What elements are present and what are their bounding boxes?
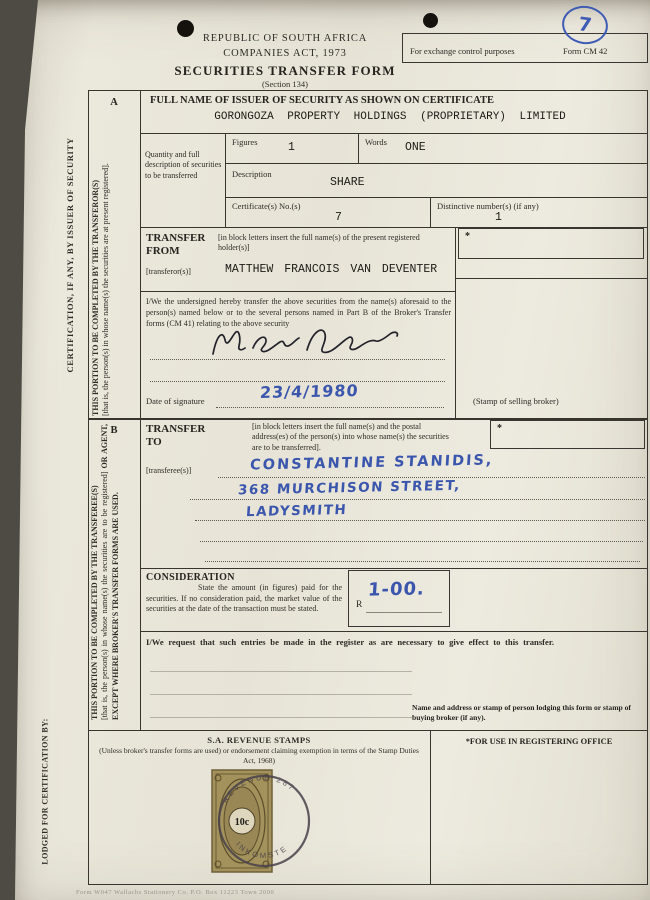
- entry-line: [150, 671, 412, 672]
- description-value: SHARE: [330, 176, 365, 189]
- side-note-bold: THIS PORTION TO BE COMPLETED BY THE TRAN…: [90, 424, 100, 720]
- form-section-ref: (Section 134): [130, 79, 440, 89]
- entry-line: [200, 541, 643, 542]
- border-line: [140, 133, 648, 134]
- broker-reference-box-b: [490, 420, 645, 449]
- side-note-bracket: [that is, the person(s) in whose name(s)…: [100, 472, 109, 720]
- border-line: [88, 884, 648, 885]
- border-line: [358, 133, 359, 163]
- border-line: [455, 278, 648, 279]
- amount-line: [366, 612, 442, 613]
- transferee-address-line2: LADYSMITH: [245, 502, 347, 520]
- certificate-value: 7: [335, 211, 342, 224]
- transfer-to-title: TRANSFER TO: [146, 423, 216, 449]
- stamp-denomination: 10c: [235, 817, 250, 828]
- border-line: [140, 631, 648, 632]
- margin-certification-note: CERTIFICATION, IF ANY, BY ISSUER OF SECU…: [65, 90, 77, 420]
- exchange-control-note: For exchange control purposes: [410, 46, 515, 56]
- date-of-signature-label: Date of signature: [146, 396, 205, 406]
- form-code: Form CM 42: [563, 46, 607, 56]
- transfer-from-instruction: [in block letters insert the full name(s…: [218, 233, 446, 254]
- broker-reference-box-a: [458, 228, 644, 259]
- border-line: [225, 197, 648, 198]
- punch-hole-right: [423, 13, 438, 28]
- currency-label: R: [356, 600, 362, 610]
- header-country: REPUBLIC OF SOUTH AFRICA: [130, 33, 440, 44]
- section-a-letter: A: [88, 97, 140, 108]
- issuer-value: GORONGOZA PROPERTY HOLDINGS (PROPRIETARY…: [150, 111, 630, 123]
- signature-line: [150, 359, 445, 360]
- amount-value: 1-00.: [367, 578, 425, 600]
- transferor-value: MATTHEW FRANCOIS VAN DEVENTER: [225, 263, 437, 276]
- certificate-label: Certificate(s) No.(s): [232, 201, 300, 211]
- border-line: [430, 730, 431, 884]
- revenue-stamps-title: S.A. REVENUE STAMPS: [98, 735, 420, 745]
- border-line: [88, 90, 648, 91]
- transferor-label: [transferor(s)]: [146, 267, 191, 276]
- distinctive-label: Distinctive number(s) (if any): [437, 201, 539, 211]
- asterisk-mark: *: [497, 423, 502, 434]
- selling-broker-stamp-note: (Stamp of selling broker): [473, 396, 559, 406]
- border-line: [455, 227, 456, 418]
- figures-label: Figures: [232, 137, 258, 147]
- distinctive-value: 1: [495, 211, 502, 224]
- border-line: [140, 291, 455, 292]
- section-a-side-note: THIS PORTION TO BE COMPLETED BY THE TRAN…: [91, 132, 137, 416]
- issuer-label: FULL NAME OF ISSUER OF SECURITY AS SHOWN…: [150, 95, 645, 106]
- border-line: [88, 730, 648, 731]
- entry-line: [190, 499, 645, 500]
- form-title: SECURITIES TRANSFER FORM: [130, 63, 440, 79]
- date-of-signature-value: 23/4/1980: [259, 381, 359, 402]
- side-note-rest: [that is, the person(s) in whose name(s)…: [101, 163, 110, 416]
- border-line: [225, 133, 226, 227]
- border-line: [225, 163, 648, 164]
- words-label: Words: [365, 137, 387, 147]
- entry-line: [150, 717, 412, 718]
- lodging-broker-note: Name and address or stamp of person lodg…: [412, 703, 646, 724]
- register-request-text: I/We request that such entries be made i…: [146, 636, 596, 649]
- words-value: ONE: [405, 141, 426, 154]
- entry-line: [195, 520, 645, 521]
- consideration-title: CONSIDERATION: [146, 572, 235, 583]
- entry-line: [150, 694, 412, 695]
- date-line: [216, 407, 444, 408]
- side-note-bold: THIS PORTION TO BE COMPLETED BY THE TRAN…: [91, 132, 101, 416]
- section-b-side-note: THIS PORTION TO BE COMPLETED BY THE TRAN…: [90, 424, 136, 720]
- entry-line: [205, 561, 640, 562]
- asterisk-mark: *: [465, 231, 470, 242]
- transfer-to-instruction: [in block letters insert the full name(s…: [252, 422, 457, 453]
- quantity-label: Quantity and full description of securit…: [145, 150, 223, 181]
- border-line: [647, 90, 648, 885]
- border-line: [140, 90, 141, 730]
- margin-lodged-note: LODGED FOR CERTIFICATION BY:: [41, 692, 52, 892]
- transfer-from-title: TRANSFER FROM: [146, 232, 212, 258]
- printer-imprint: Form W047 Wallachs Stationery Co. P.O. B…: [76, 889, 636, 896]
- description-label: Description: [232, 169, 272, 179]
- transferee-label: [transferee(s)]: [146, 466, 191, 475]
- figures-value: 1: [288, 141, 295, 154]
- consideration-body: State the amount (in figures) paid for t…: [146, 583, 342, 615]
- scanned-form-page: REPUBLIC OF SOUTH AFRICA COMPANIES ACT, …: [0, 0, 650, 900]
- revenue-stamp: 10c REVENUE 287 INKOMSTE: [196, 762, 320, 884]
- header-act: COMPANIES ACT, 1973: [130, 48, 440, 59]
- border-line: [430, 197, 431, 227]
- registering-office-title: *FOR USE IN REGISTERING OFFICE: [432, 737, 646, 746]
